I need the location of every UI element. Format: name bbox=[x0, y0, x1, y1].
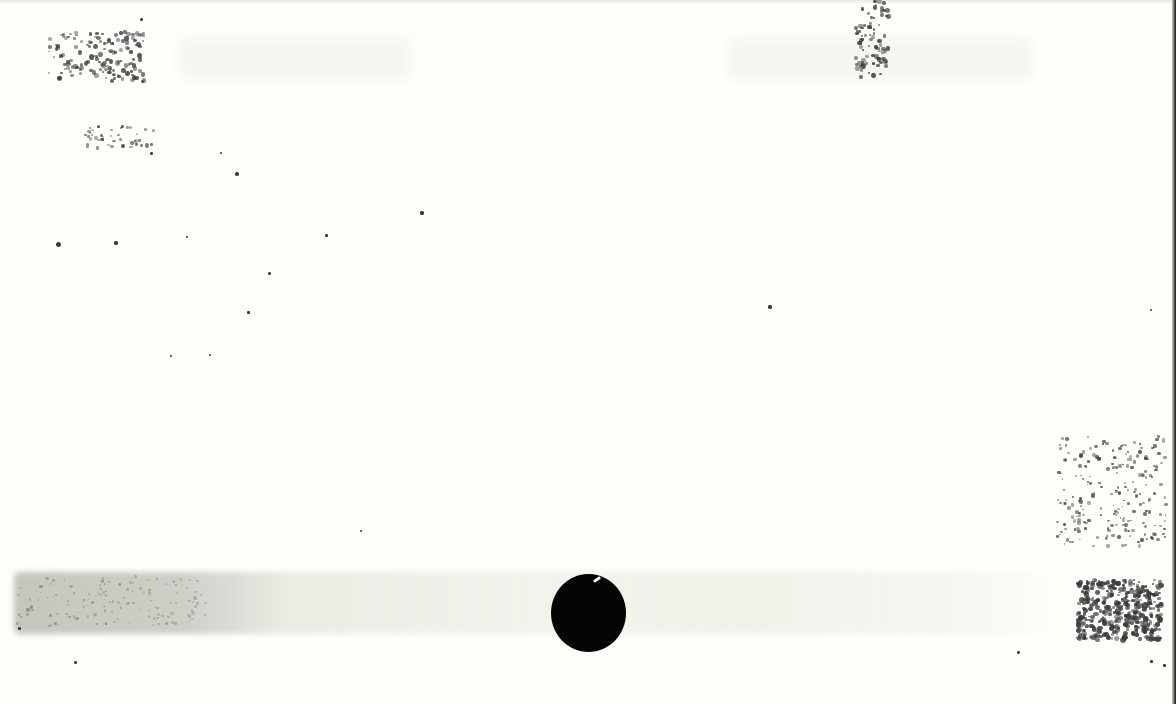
black-dot bbox=[551, 574, 626, 652]
scanned-page bbox=[0, 0, 1176, 704]
